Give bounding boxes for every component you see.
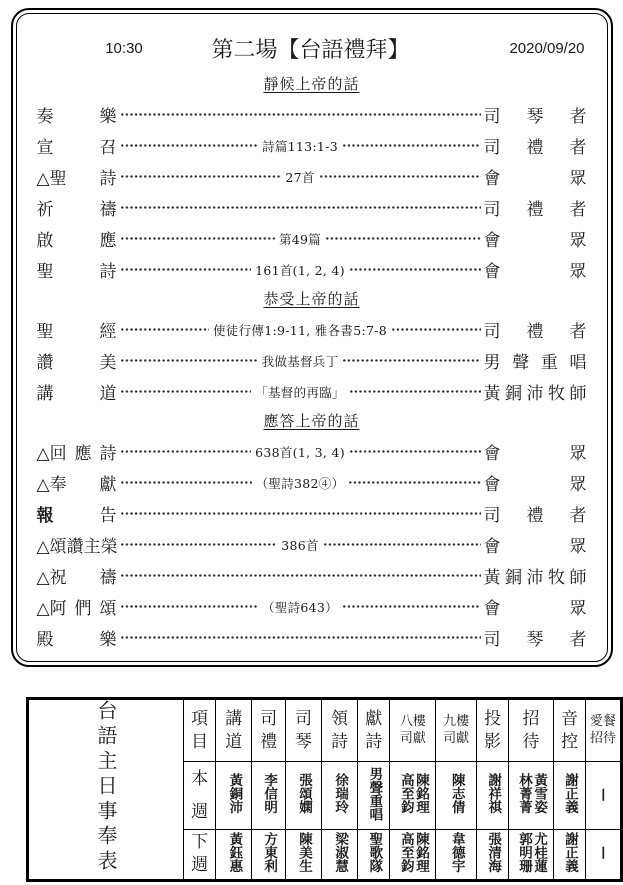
section-heading: 靜候上帝的話 bbox=[37, 70, 587, 99]
program-role-char: 者 bbox=[570, 195, 587, 220]
program-role-char: 禮 bbox=[527, 501, 544, 526]
program-item-char: 啟 bbox=[37, 226, 54, 251]
program-item-role: 黃銅沛牧師 bbox=[484, 379, 587, 404]
program-item-detail: 詩篇113:1-3 bbox=[261, 137, 339, 155]
dotted-leader bbox=[342, 356, 480, 365]
duty-header-line: 司獻 bbox=[400, 732, 426, 746]
program-item-name: 聖詩 bbox=[37, 257, 117, 282]
section-heading-text: 恭受上帝的話 bbox=[263, 290, 359, 308]
duty-name: 高至鈞 bbox=[398, 832, 413, 873]
program-row: 祈禱司禮者 bbox=[37, 192, 587, 223]
program-item-name: △祝禱 bbox=[37, 563, 117, 588]
dotted-leader bbox=[349, 387, 481, 396]
dotted-leader bbox=[349, 265, 481, 274]
bulletin-page: 10:30 第二場【台語禮拜】 2020/09/20 靜候上帝的話奏樂司琴者宣召… bbox=[0, 8, 623, 885]
duty-cell-names: 黃鈺惠 bbox=[226, 832, 241, 873]
service-time: 10:30 bbox=[37, 40, 212, 57]
program-item-name: △奉獻 bbox=[37, 470, 117, 495]
program-role-char: 眾 bbox=[570, 164, 587, 189]
program-role-char: 男 bbox=[484, 348, 501, 373]
program-item-role: 司琴者 bbox=[484, 102, 587, 127]
program-item-role: 會眾 bbox=[484, 439, 587, 464]
program-item-char: 禱 bbox=[100, 195, 117, 220]
duty-column-header: 八樓司獻 bbox=[390, 699, 436, 762]
service-header: 10:30 第二場【台語禮拜】 2020/09/20 bbox=[37, 26, 587, 70]
dotted-leader bbox=[120, 203, 481, 212]
program-role-char: 銅 bbox=[505, 563, 522, 588]
duty-header-line: 控 bbox=[561, 734, 578, 751]
duty-row-label-char: 週 bbox=[191, 857, 208, 874]
program-item-role: 司禮者 bbox=[484, 501, 587, 526]
program-item-char: 經 bbox=[100, 317, 117, 342]
program-row: 聖詩161首(1, 2, 4)會眾 bbox=[37, 254, 587, 285]
duty-name: 謝正義 bbox=[562, 832, 577, 873]
program-item-name: △頌讚主榮 bbox=[37, 532, 117, 557]
duty-row-label-cell: 本週 bbox=[184, 762, 216, 829]
duty-cell-names: 徐瑞玲 bbox=[332, 773, 347, 814]
duty-cell: 方東利 bbox=[252, 829, 286, 880]
program-item-char: 詩 bbox=[100, 257, 117, 282]
program-item-char: 告 bbox=[100, 501, 117, 526]
program-item-name: △回應詩 bbox=[37, 439, 117, 464]
page-title: 第二場【台語禮拜】 bbox=[212, 33, 410, 64]
program-role-char: 司 bbox=[484, 102, 501, 127]
duty-header-line: 愛餐 bbox=[590, 715, 616, 729]
program-role-char: 眾 bbox=[570, 439, 587, 464]
duty-header-line: 詩 bbox=[331, 734, 348, 751]
program-row: 奏樂司琴者 bbox=[37, 99, 587, 130]
duty-name: 高至鈞 bbox=[398, 773, 413, 814]
dotted-leader bbox=[120, 540, 278, 549]
program-item-char: 召 bbox=[100, 133, 117, 158]
duty-column-header-text: 音控 bbox=[554, 711, 585, 751]
program-item-char: 們 bbox=[75, 594, 92, 619]
dotted-leader bbox=[120, 325, 210, 334]
duty-name: 陳志倩 bbox=[449, 773, 464, 814]
program-item-role: 會眾 bbox=[484, 226, 587, 251]
dotted-leader bbox=[120, 387, 252, 396]
program-item-char: △頌讚主榮 bbox=[37, 532, 118, 557]
section-heading-text: 應答上帝的話 bbox=[263, 412, 359, 430]
duty-name: 黃鈺惠 bbox=[226, 832, 241, 873]
section-heading: 恭受上帝的話 bbox=[37, 285, 587, 314]
duty-cell: 徐瑞玲 bbox=[322, 762, 358, 829]
dotted-leader bbox=[325, 234, 480, 243]
duty-cell: 張頌嫻 bbox=[285, 762, 321, 829]
duty-cell: 謝正義 bbox=[553, 829, 585, 880]
program-role-char: 司 bbox=[484, 625, 501, 650]
program-item-name: 讚美 bbox=[37, 348, 117, 373]
duty-header-line: 領 bbox=[331, 711, 348, 728]
duty-header-line: 司 bbox=[295, 711, 312, 728]
program-item-char: 聖 bbox=[37, 317, 54, 342]
program-item-detail: 我做基督兵丁 bbox=[261, 352, 340, 370]
program-item-role: 會眾 bbox=[484, 164, 587, 189]
program-item-role: 會眾 bbox=[484, 532, 587, 557]
duty-header-line: 講 bbox=[225, 711, 242, 728]
duty-column-header: 講道 bbox=[216, 699, 252, 762]
duty-cell-names: 李信明 bbox=[261, 773, 276, 814]
section-heading-text: 靜候上帝的話 bbox=[263, 75, 359, 93]
duty-header-line: 禮 bbox=[260, 734, 277, 751]
duty-cell-names: 男聲重唱 bbox=[366, 767, 381, 821]
dotted-leader bbox=[120, 633, 481, 642]
service-order-box: 10:30 第二場【台語禮拜】 2020/09/20 靜候上帝的話奏樂司琴者宣召… bbox=[11, 8, 613, 667]
program-item-role: 會眾 bbox=[484, 257, 587, 282]
duty-cell-names: 方東利 bbox=[261, 832, 276, 873]
program-item-detail: 638首(1, 3, 4) bbox=[254, 443, 346, 461]
program-role-char: 牧 bbox=[548, 563, 565, 588]
duty-column-header-text: 項目 bbox=[184, 711, 215, 751]
duty-header-line: 獻 bbox=[365, 711, 382, 728]
program-row: △奉獻（聖詩382④）會眾 bbox=[37, 467, 587, 498]
program-role-char: 禮 bbox=[527, 317, 544, 342]
duty-name: 黃雪姿 bbox=[531, 773, 546, 814]
program-role-char: 會 bbox=[484, 532, 501, 557]
duty-cell: 男聲重唱 bbox=[358, 762, 390, 829]
duty-name: 尤桂蓮 bbox=[531, 832, 546, 873]
program-item-char: 美 bbox=[100, 348, 117, 373]
duty-cell-names: 謝正義 bbox=[562, 832, 577, 873]
duty-header-line: 影 bbox=[484, 734, 501, 751]
program-role-char: 司 bbox=[484, 317, 501, 342]
program-role-char: 會 bbox=[484, 226, 501, 251]
program-role-char: 禮 bbox=[527, 133, 544, 158]
duty-cell-names: 黃銅沛 bbox=[226, 773, 241, 814]
program-item-char: 禱 bbox=[100, 563, 117, 588]
duty-header-line: 音 bbox=[561, 711, 578, 728]
program-item-detail: 27首 bbox=[284, 168, 315, 186]
duty-cell: 謝正義 bbox=[553, 762, 585, 829]
service-date: 2020/09/20 bbox=[410, 40, 587, 57]
dotted-leader bbox=[120, 265, 252, 274]
duty-header-line: 投 bbox=[484, 711, 501, 728]
duty-cell: 張清海 bbox=[476, 829, 508, 880]
program-role-char: 沛 bbox=[527, 379, 544, 404]
duty-name: 陳銘理 bbox=[413, 773, 428, 814]
program-item-char: 應 bbox=[75, 439, 92, 464]
dotted-leader bbox=[348, 478, 480, 487]
duty-name: 謝祥祺 bbox=[485, 773, 500, 814]
section-heading: 應答上帝的話 bbox=[37, 407, 587, 436]
duty-cell: 梁淑慧 bbox=[322, 829, 358, 880]
duty-header-line: 琴 bbox=[295, 734, 312, 751]
duty-header-line: 八樓 bbox=[400, 715, 426, 729]
duty-row-label: 本週 bbox=[184, 771, 215, 821]
program-item-name: 報告 bbox=[37, 501, 117, 526]
program-item-role: 男聲重唱 bbox=[484, 348, 587, 373]
duty-column-header-text: 八樓司獻 bbox=[390, 715, 435, 747]
dotted-leader bbox=[120, 447, 252, 456]
duty-name: — bbox=[596, 846, 611, 860]
program-role-char: 者 bbox=[570, 133, 587, 158]
program-item-char: 道 bbox=[100, 379, 117, 404]
duty-header-line: 招待 bbox=[590, 732, 616, 746]
duty-table-title: 台語主日事奉表 bbox=[95, 700, 117, 875]
duty-header-line: 司獻 bbox=[443, 732, 469, 746]
duty-cell: 黃銅沛 bbox=[216, 762, 252, 829]
program-row: △回應詩638首(1, 3, 4)會眾 bbox=[37, 436, 587, 467]
duty-header-line: 九樓 bbox=[443, 715, 469, 729]
duty-cell-names: 陳美生 bbox=[296, 832, 311, 873]
duty-column-header: 音控 bbox=[553, 699, 585, 762]
dotted-leader bbox=[120, 478, 252, 487]
program-item-name: 講道 bbox=[37, 379, 117, 404]
program-role-char: 會 bbox=[484, 439, 501, 464]
program-role-char: 司 bbox=[484, 133, 501, 158]
duty-cell-names: — bbox=[596, 788, 611, 802]
duty-name: 謝正義 bbox=[562, 773, 577, 814]
program-item-char: △奉 bbox=[37, 470, 67, 495]
duty-cell: 尤桂蓮郭明珊 bbox=[509, 829, 554, 880]
duty-cell: 聖歌隊 bbox=[358, 829, 390, 880]
dotted-leader bbox=[319, 172, 481, 181]
duty-header-line: 目 bbox=[191, 734, 208, 751]
service-order-inner: 10:30 第二場【台語禮拜】 2020/09/20 靜候上帝的話奏樂司琴者宣召… bbox=[16, 13, 608, 662]
program-role-char: 琴 bbox=[527, 625, 544, 650]
duty-name: 聖歌隊 bbox=[366, 832, 381, 873]
duty-name: 黃銅沛 bbox=[226, 773, 241, 814]
program-role-char: 重 bbox=[541, 348, 558, 373]
program-role-char: 沛 bbox=[527, 563, 544, 588]
duty-name: 方東利 bbox=[261, 832, 276, 873]
duty-cell-names: 尤桂蓮郭明珊 bbox=[516, 832, 546, 873]
program-item-char: 應 bbox=[100, 226, 117, 251]
program-item-detail: （聖詩382④） bbox=[255, 474, 346, 492]
program-item-char: △阿 bbox=[37, 594, 67, 619]
duty-cell-names: 謝祥祺 bbox=[485, 773, 500, 814]
duty-name: 韋德宇 bbox=[449, 832, 464, 873]
program-item-char: 頌 bbox=[99, 594, 116, 619]
dotted-leader bbox=[391, 325, 481, 334]
program-item-name: △阿們頌 bbox=[37, 594, 117, 619]
program-role-char: 琴 bbox=[527, 102, 544, 127]
program-item-char: 聖 bbox=[37, 257, 54, 282]
duty-cell: — bbox=[586, 829, 622, 880]
duty-column-header: 司禮 bbox=[252, 699, 286, 762]
program-item-char: 詩 bbox=[100, 164, 117, 189]
duty-cell: 陳美生 bbox=[285, 829, 321, 880]
duty-cell-names: 聖歌隊 bbox=[366, 832, 381, 873]
duty-cell: 李信明 bbox=[252, 762, 286, 829]
program-item-name: 宣召 bbox=[37, 133, 117, 158]
dotted-leader bbox=[120, 571, 481, 580]
program-item-char: 詩 bbox=[99, 439, 116, 464]
dotted-leader bbox=[120, 602, 259, 611]
program-item-role: 司琴者 bbox=[484, 625, 587, 650]
program-role-char: 牧 bbox=[548, 379, 565, 404]
program-role-char: 銅 bbox=[505, 379, 522, 404]
program-item-role: 司禮者 bbox=[484, 133, 587, 158]
duty-name: 李信明 bbox=[261, 773, 276, 814]
program-item-char: 宣 bbox=[37, 133, 54, 158]
program-role-char: 者 bbox=[570, 501, 587, 526]
program-role-char: 會 bbox=[484, 594, 501, 619]
program-item-name: 祈禱 bbox=[37, 195, 117, 220]
duty-cell-names: 梁淑慧 bbox=[332, 832, 347, 873]
program-role-char: 聲 bbox=[512, 348, 529, 373]
program-role-char: 會 bbox=[484, 164, 501, 189]
program-row: 宣召詩篇113:1-3司禮者 bbox=[37, 130, 587, 161]
duty-cell: 韋德宇 bbox=[436, 829, 477, 880]
duty-row-label-cell: 下週 bbox=[184, 829, 216, 880]
duty-column-header: 項目 bbox=[184, 699, 216, 762]
program-item-char: 樂 bbox=[100, 625, 117, 650]
duty-cell-names: 黃雪姿林菁菁 bbox=[516, 773, 546, 814]
program-item-role: 司禮者 bbox=[484, 317, 587, 342]
program-role-char: 眾 bbox=[570, 470, 587, 495]
duty-row-label-char: 下 bbox=[191, 834, 208, 851]
program-row: △頌讚主榮386首會眾 bbox=[37, 529, 587, 560]
duty-header-line: 招 bbox=[523, 711, 540, 728]
program-row: 殿樂司琴者 bbox=[37, 622, 587, 653]
duty-name: 陳美生 bbox=[296, 832, 311, 873]
duty-cell-names: 陳銘理高至鈞 bbox=[398, 832, 428, 873]
program-item-role: 會眾 bbox=[484, 470, 587, 495]
duty-row-label: 下週 bbox=[184, 834, 215, 874]
program-role-char: 黃 bbox=[484, 379, 501, 404]
program-row: 報告司禮者 bbox=[37, 498, 587, 529]
program-row: △聖詩27首會眾 bbox=[37, 161, 587, 192]
duty-column-header-text: 領詩 bbox=[322, 711, 357, 751]
dotted-leader bbox=[120, 172, 282, 181]
dotted-leader bbox=[342, 602, 481, 611]
program-role-char: 唱 bbox=[569, 348, 586, 373]
duty-column-header-text: 愛餐招待 bbox=[586, 715, 620, 747]
duty-column-header: 愛餐招待 bbox=[586, 699, 622, 762]
program-row: △阿們頌（聖詩643）會眾 bbox=[37, 591, 587, 622]
program-item-char: △聖 bbox=[37, 164, 67, 189]
program-role-char: 眾 bbox=[570, 226, 587, 251]
program-role-char: 會 bbox=[484, 257, 501, 282]
program-role-char: 眾 bbox=[570, 532, 587, 557]
duty-column-header-text: 司禮 bbox=[252, 711, 285, 751]
duty-name: 郭明珊 bbox=[516, 832, 531, 873]
program-item-role: 司禮者 bbox=[484, 195, 587, 220]
program-row: 講道「基督的再臨」黃銅沛牧師 bbox=[37, 376, 587, 407]
dotted-leader bbox=[120, 509, 481, 518]
program-item-char: 奏 bbox=[37, 102, 54, 127]
dotted-leader bbox=[120, 356, 258, 365]
duty-cell: — bbox=[586, 762, 622, 829]
duty-row-label-char: 週 bbox=[191, 804, 208, 821]
program-item-char: 講 bbox=[37, 379, 54, 404]
duty-header-line: 司 bbox=[260, 711, 277, 728]
program-role-char: 者 bbox=[570, 102, 587, 127]
duty-column-header: 招待 bbox=[509, 699, 554, 762]
duty-name: 林菁菁 bbox=[516, 773, 531, 814]
program-item-name: 殿樂 bbox=[37, 625, 117, 650]
dotted-leader bbox=[120, 141, 259, 150]
program-item-name: 聖經 bbox=[37, 317, 117, 342]
program-row: 讚美我做基督兵丁男聲重唱 bbox=[37, 345, 587, 376]
duty-column-header-text: 講道 bbox=[216, 711, 251, 751]
program-role-char: 師 bbox=[570, 379, 587, 404]
duty-column-header-text: 招待 bbox=[509, 711, 553, 751]
duty-name: 徐瑞玲 bbox=[332, 773, 347, 814]
program-body: 靜候上帝的話奏樂司琴者宣召詩篇113:1-3司禮者△聖詩27首會眾祈禱司禮者啟應… bbox=[37, 70, 587, 653]
program-item-name: 奏樂 bbox=[37, 102, 117, 127]
program-item-name: △聖詩 bbox=[37, 164, 117, 189]
duty-name: 梁淑慧 bbox=[332, 832, 347, 873]
duty-cell-names: 陳銘理高至鈞 bbox=[398, 773, 428, 814]
program-row: 聖經使徒行傳1:9-11, 雅各書5:7-8司禮者 bbox=[37, 314, 587, 345]
duty-cell-names: 張清海 bbox=[485, 832, 500, 873]
duty-name: 張清海 bbox=[485, 832, 500, 873]
duty-cell-names: 謝正義 bbox=[562, 773, 577, 814]
program-item-char: 報 bbox=[37, 501, 54, 526]
duty-column-header-text: 九樓司獻 bbox=[436, 715, 476, 747]
duty-header-line: 項 bbox=[191, 711, 208, 728]
duty-cell: 陳銘理高至鈞 bbox=[390, 829, 436, 880]
program-item-char: 祈 bbox=[37, 195, 54, 220]
program-item-char: 殿 bbox=[37, 625, 54, 650]
program-role-char: 司 bbox=[484, 195, 501, 220]
program-item-char: △回 bbox=[37, 439, 67, 464]
duty-cell: 陳銘理高至鈞 bbox=[390, 762, 436, 829]
duty-column-header-text: 獻詩 bbox=[358, 711, 389, 751]
program-item-char: 樂 bbox=[100, 102, 117, 127]
duty-header-line: 待 bbox=[523, 734, 540, 751]
duty-header-line: 道 bbox=[225, 734, 242, 751]
dotted-leader bbox=[120, 234, 275, 243]
dotted-leader bbox=[323, 540, 481, 549]
duty-cell-names: 韋德宇 bbox=[449, 832, 464, 873]
program-item-detail: 使徒行傳1:9-11, 雅各書5:7-8 bbox=[212, 321, 388, 339]
duty-cell: 黃鈺惠 bbox=[216, 829, 252, 880]
program-item-role: 會眾 bbox=[484, 594, 587, 619]
duty-name: — bbox=[596, 788, 611, 802]
program-row: 啟應第49篇會眾 bbox=[37, 223, 587, 254]
duty-cell: 陳志倩 bbox=[436, 762, 477, 829]
duty-column-header: 獻詩 bbox=[358, 699, 390, 762]
duty-cell: 謝祥祺 bbox=[476, 762, 508, 829]
program-item-detail: 386首 bbox=[280, 536, 320, 554]
program-role-char: 會 bbox=[484, 470, 501, 495]
duty-name: 張頌嫻 bbox=[296, 773, 311, 814]
dotted-leader bbox=[342, 141, 481, 150]
duty-cell-names: 張頌嫻 bbox=[296, 773, 311, 814]
program-item-detail: 第49篇 bbox=[278, 230, 322, 248]
program-role-char: 眾 bbox=[570, 594, 587, 619]
program-item-role: 黃銅沛牧師 bbox=[484, 563, 587, 588]
duty-column-header: 司琴 bbox=[285, 699, 321, 762]
program-item-char: △祝 bbox=[37, 563, 67, 588]
program-item-detail: 「基督的再臨」 bbox=[254, 383, 346, 401]
duty-table: 台語主日事奉表項目講道司禮司琴領詩獻詩八樓司獻九樓司獻投影招待音控愛餐招待本週黃… bbox=[26, 697, 623, 882]
duty-cell: 黃雪姿林菁菁 bbox=[509, 762, 554, 829]
program-item-name: 啟應 bbox=[37, 226, 117, 251]
duty-row-label-char: 本 bbox=[191, 771, 208, 788]
program-role-char: 司 bbox=[484, 501, 501, 526]
duty-column-header: 九樓司獻 bbox=[436, 699, 477, 762]
program-role-char: 黃 bbox=[484, 563, 501, 588]
duty-column-header: 投影 bbox=[476, 699, 508, 762]
program-role-char: 眾 bbox=[570, 257, 587, 282]
duty-cell-names: 陳志倩 bbox=[449, 773, 464, 814]
duty-header-line: 詩 bbox=[365, 734, 382, 751]
duty-name: 男聲重唱 bbox=[366, 767, 381, 821]
dotted-leader bbox=[120, 110, 481, 119]
duty-name: 陳銘理 bbox=[413, 832, 428, 873]
program-role-char: 者 bbox=[570, 317, 587, 342]
program-row: △祝禱黃銅沛牧師 bbox=[37, 560, 587, 591]
duty-header-row: 台語主日事奉表項目講道司禮司琴領詩獻詩八樓司獻九樓司獻投影招待音控愛餐招待 bbox=[28, 699, 622, 762]
program-item-detail: 161首(1, 2, 4) bbox=[254, 261, 346, 279]
program-role-char: 禮 bbox=[527, 195, 544, 220]
duty-table-title-cell: 台語主日事奉表 bbox=[28, 699, 184, 881]
program-role-char: 師 bbox=[570, 563, 587, 588]
